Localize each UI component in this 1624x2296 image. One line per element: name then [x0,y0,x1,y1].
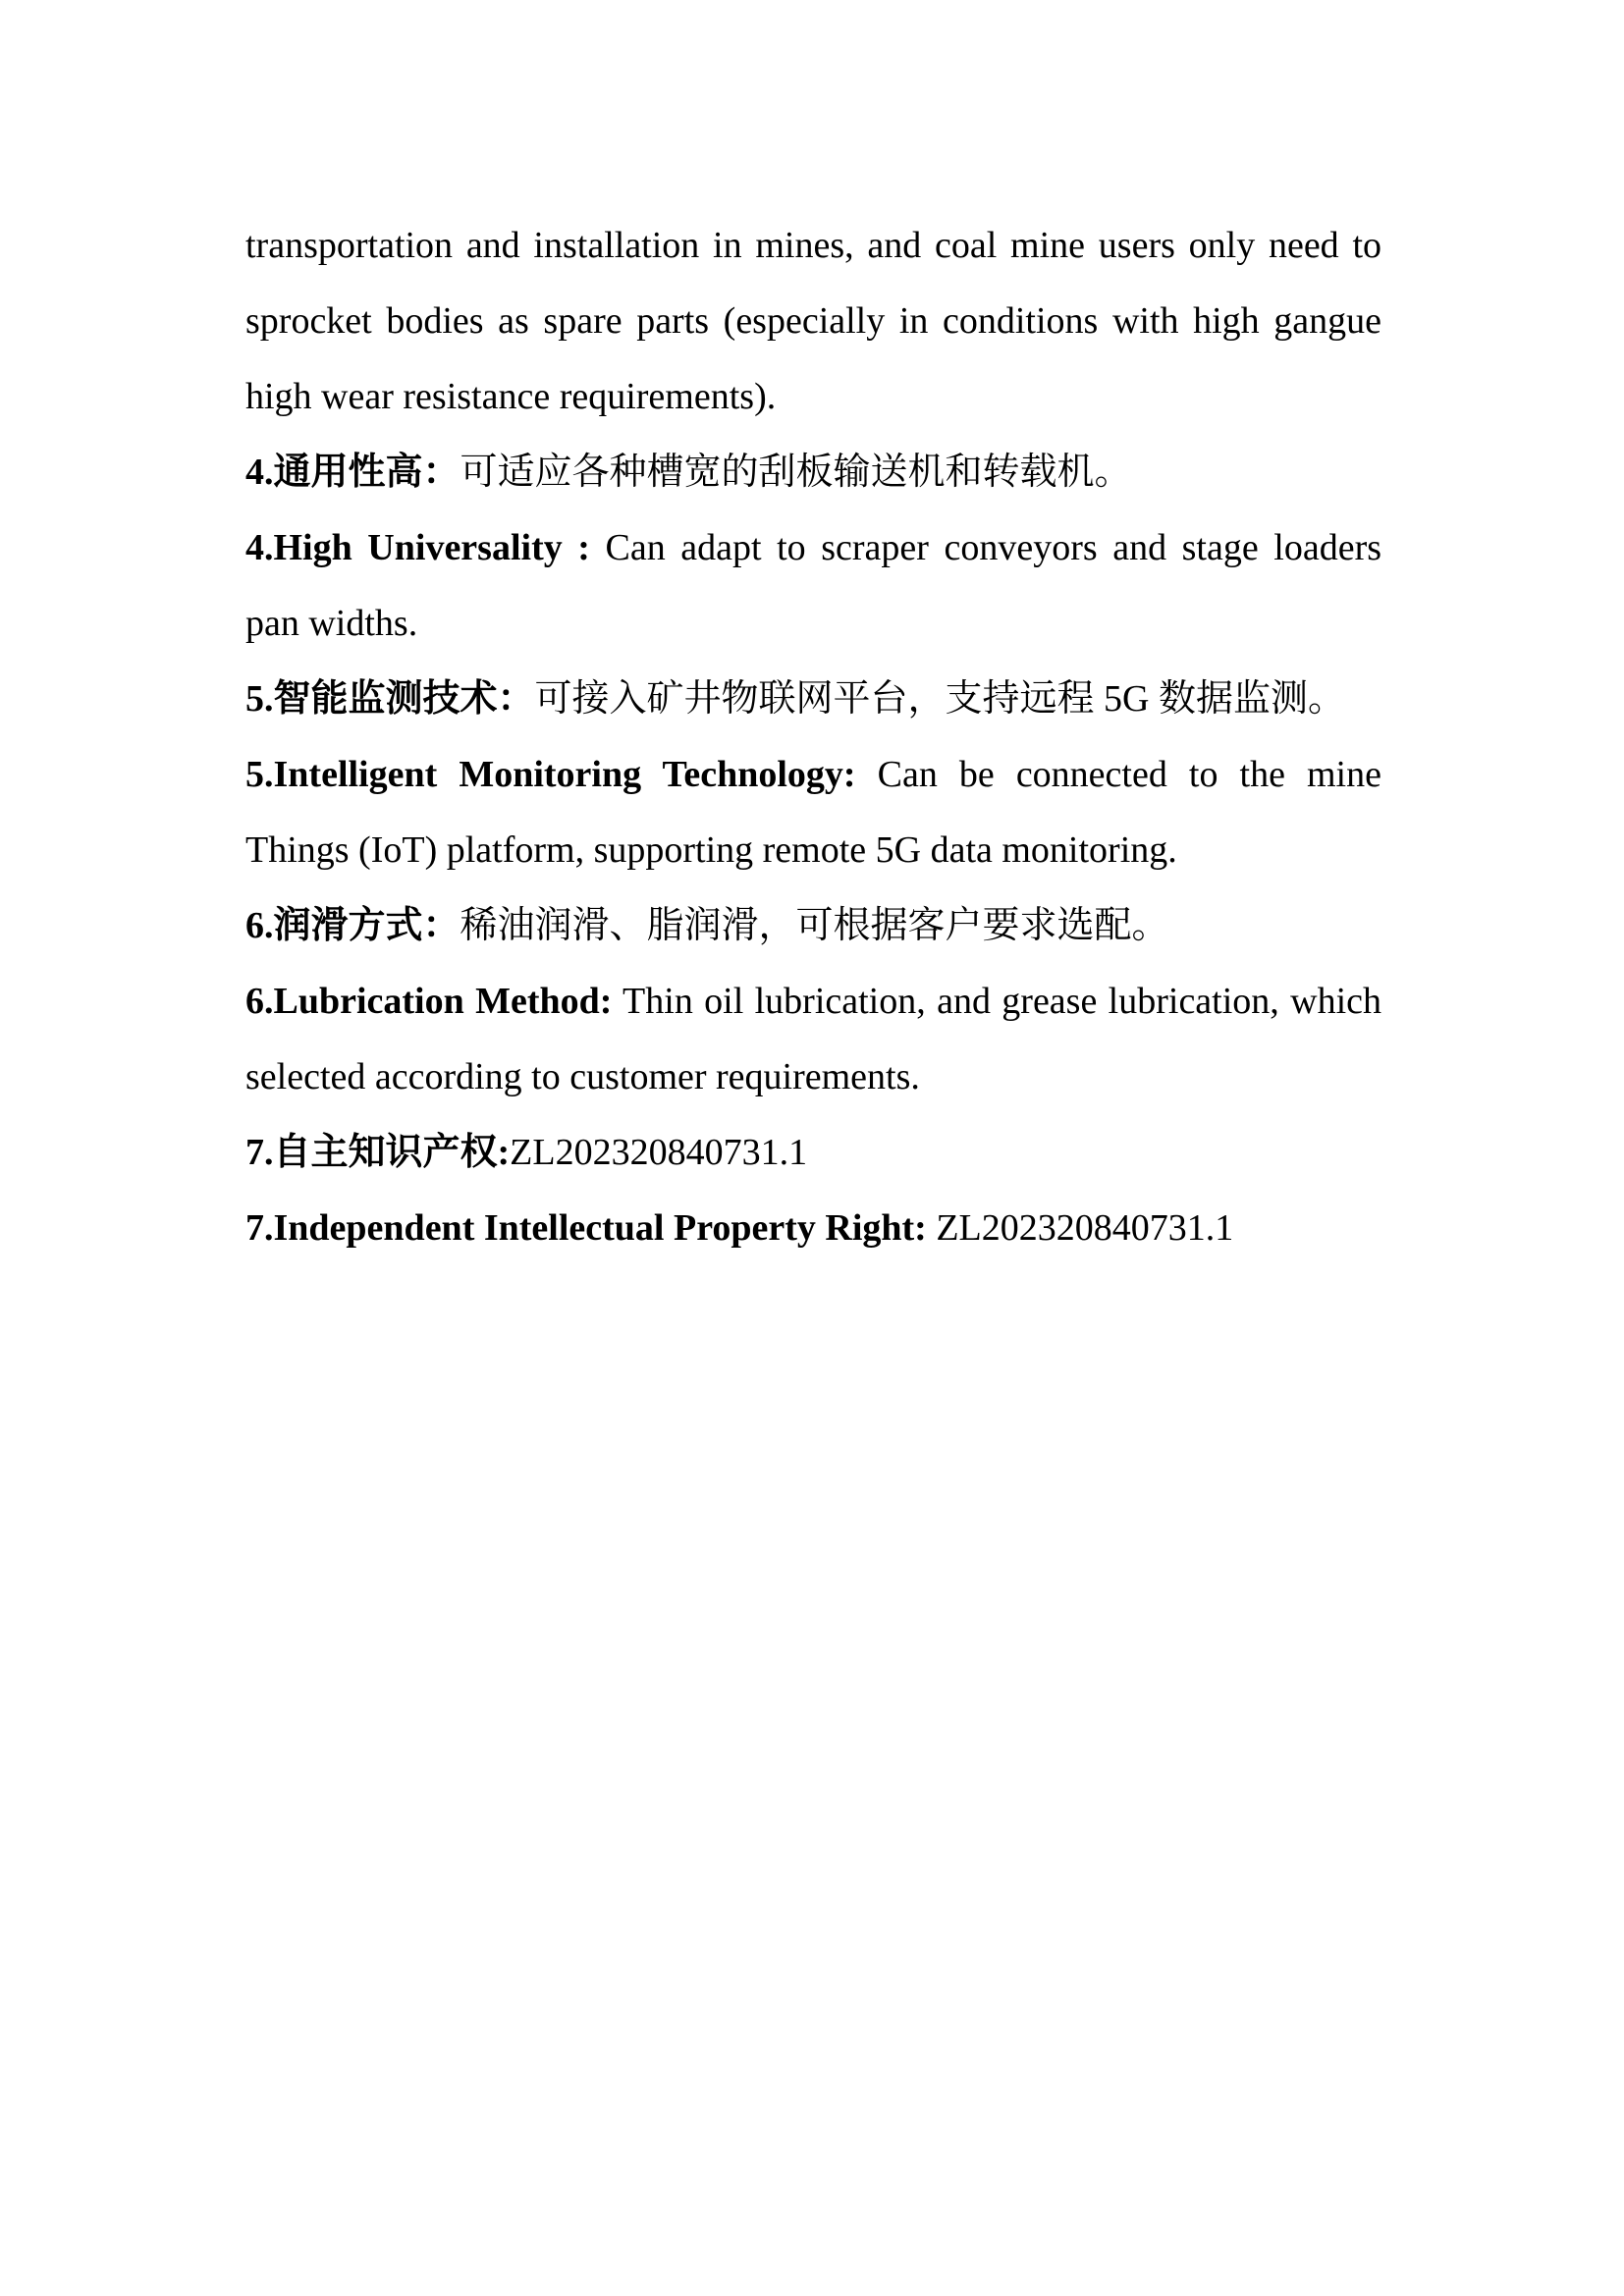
document-page: transportation and installation in mines… [0,0,1624,2296]
feature-label-zh: 6.润滑方式： [245,905,460,946]
text-line: Things (IoT) platform, supporting remote… [245,813,1381,888]
text-line: sprocket bodies as spare parts (especial… [245,284,1381,359]
text-segment: transportation and installation in mines… [245,225,1381,284]
feature-label-en: 5.Intelligent Monitoring Technology: [245,754,856,795]
text-segment: 可接入矿井物联网平台，支持远程 5G 数据监测。 [535,678,1345,720]
text-line: 6.Lubrication Method: Thin oil lubricati… [245,964,1381,1040]
text-line: pan widths. [245,586,1381,662]
text-segment: pan widths. [245,603,417,644]
text-line: transportation and installation in mines… [245,208,1381,284]
text-line: 4.High Universality : Can adapt to scrap… [245,510,1381,586]
document-content: transportation and installation in mines… [245,208,1381,1266]
text-line: 4.通用性高：可适应各种槽宽的刮板输送机和转载机。 [245,435,1381,510]
feature-label-en: 4.High Universality : [245,527,590,568]
patent-number: ZL202320840731.1 [510,1132,807,1173]
text-segment: sprocket bodies as spare parts (especial… [245,300,1381,359]
feature-label-en: 6.Lubrication Method: [245,981,612,1022]
patent-label-zh: 7.自主知识产权: [245,1132,510,1173]
text-segment: selected according to customer requireme… [245,1056,920,1097]
text-line: 6.润滑方式：稀油润滑、脂润滑，可根据客户要求选配。 [245,888,1381,964]
text-segment: Things (IoT) platform, supporting remote… [245,829,1177,871]
patent-number: ZL202320840731.1 [927,1207,1233,1249]
text-line: 5.Intelligent Monitoring Technology: Can… [245,737,1381,813]
feature-label-zh: 4.通用性高： [245,452,460,493]
text-line: selected according to customer requireme… [245,1040,1381,1115]
feature-label-zh: 5.智能监测技术： [245,678,535,720]
text-segment: 稀油润滑、脂润滑，可根据客户要求选配。 [460,905,1169,946]
text-line: 7.自主知识产权:ZL202320840731.1 [245,1115,1381,1191]
text-segment: 可适应各种槽宽的刮板输送机和转载机。 [460,452,1132,493]
text-segment: high wear resistance requirements). [245,376,776,417]
text-line: high wear resistance requirements). [245,359,1381,435]
patent-label-en: 7.Independent Intellectual Property Righ… [245,1207,927,1249]
text-line: 5.智能监测技术：可接入矿井物联网平台，支持远程 5G 数据监测。 [245,662,1381,737]
text-line: 7.Independent Intellectual Property Righ… [245,1191,1381,1266]
